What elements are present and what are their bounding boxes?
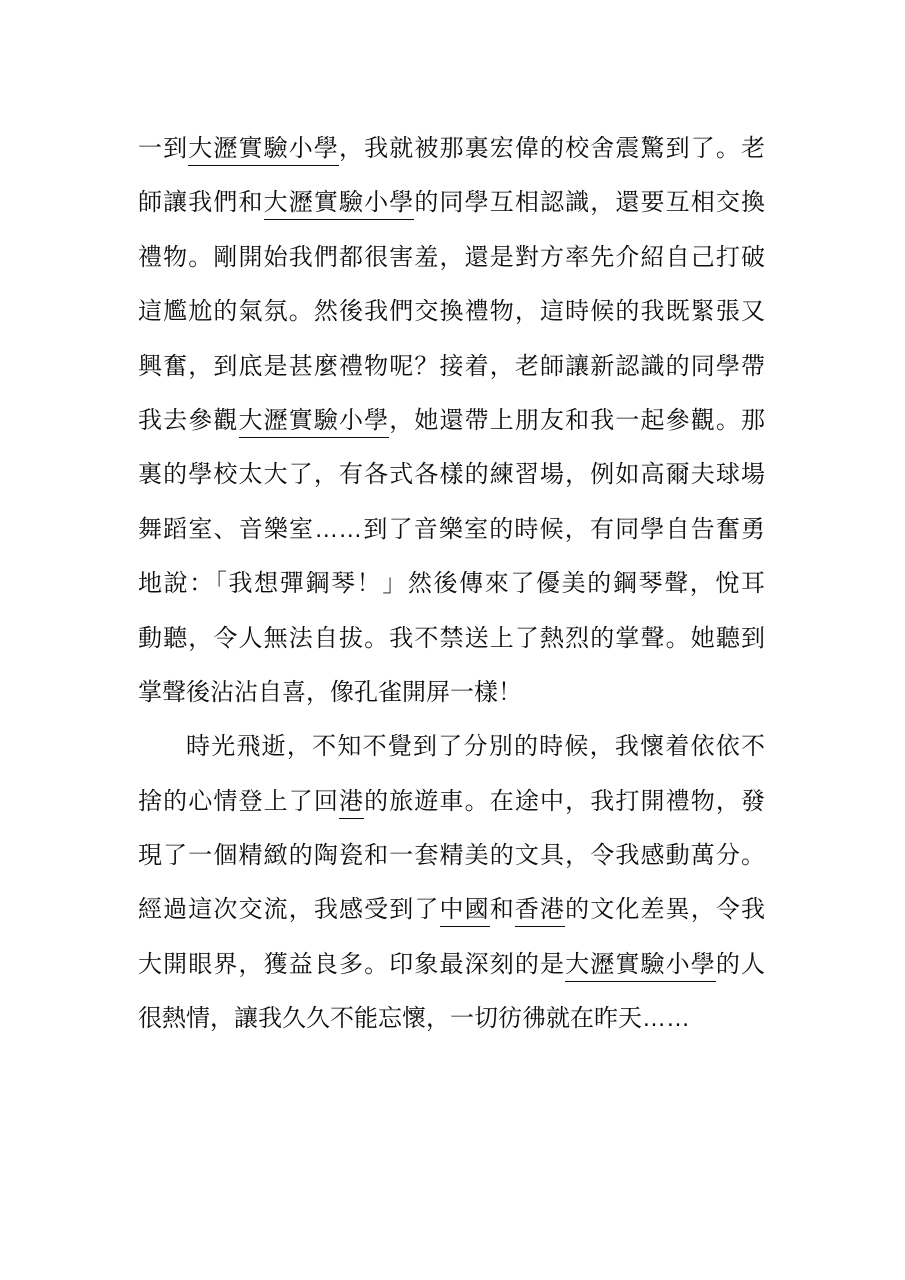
text-line: 掌聲後沾沾自喜，像孔雀開屏一樣！	[138, 666, 765, 720]
text-line: 師讓我們和大瀝實驗小學的同學互相認識，還要互相交換	[138, 176, 765, 230]
document-page: 一到大瀝實驗小學，我就被那裏宏偉的校舍震驚到了。老師讓我們和大瀝實驗小學的同學互…	[0, 0, 905, 1280]
text-segment: 一到	[138, 135, 188, 162]
text-segment: 裏的學校太大了，有各式各樣的練習場，例如高爾夫球場	[138, 461, 765, 488]
underlined-text: 大瀝實驗小學	[264, 189, 415, 220]
text-segment: 大開眼界，獲益良多。印象最深刻的是	[138, 951, 565, 978]
text-line: 經過這次交流，我感受到了中國和香港的文化差異，令我	[138, 883, 765, 937]
underlined-text: 大瀝實驗小學	[565, 951, 716, 982]
text-line: 興奮，到底是甚麼禮物呢？接着，老師讓新認識的同學帶	[138, 340, 765, 394]
underlined-text: 大瀝實驗小學	[239, 407, 390, 438]
text-segment: 很熱情，讓我久久不能忘懷，一切彷彿就在昨天……	[138, 1005, 690, 1032]
text-line: 時光飛逝，不知不覺到了分別的時候，我懷着依依不	[138, 720, 765, 774]
text-segment: 的同學互相認識，還要互相交換	[414, 189, 765, 216]
underlined-text: 大瀝實驗小學	[188, 135, 339, 166]
text-segment: 地說：「我想彈鋼琴！」然後傳來了優美的鋼琴聲，悅耳	[138, 570, 765, 597]
text-segment: 現了一個精緻的陶瓷和一套精美的文具，令我感動萬分。	[138, 842, 765, 869]
text-line: 很熱情，讓我久久不能忘懷，一切彷彿就在昨天……	[138, 992, 765, 1046]
text-line: 一到大瀝實驗小學，我就被那裏宏偉的校舍震驚到了。老	[138, 122, 765, 176]
text-line: 舞蹈室、音樂室……到了音樂室的時候，有同學自告奮勇	[138, 503, 765, 557]
text-line: 禮物。剛開始我們都很害羞，還是對方率先介紹自己打破	[138, 231, 765, 285]
text-segment: 舞蹈室、音樂室……到了音樂室的時候，有同學自告奮勇	[138, 516, 765, 543]
text-line: 現了一個精緻的陶瓷和一套精美的文具，令我感動萬分。	[138, 829, 765, 883]
text-line: 我去參觀大瀝實驗小學，她還帶上朋友和我一起參觀。那	[138, 394, 765, 448]
text-segment: 和	[490, 896, 515, 923]
text-segment: 興奮，到底是甚麼禮物呢？接着，老師讓新認識的同學帶	[138, 353, 765, 380]
text-segment: 動聽，令人無法自拔。我不禁送上了熱烈的掌聲。她聽到	[138, 625, 765, 652]
text-segment: 時光飛逝，不知不覺到了分別的時候，我懷着依依不	[186, 733, 765, 760]
underlined-text: 港	[339, 788, 364, 819]
text-segment: 禮物。剛開始我們都很害羞，還是對方率先介紹自己打破	[138, 244, 765, 271]
text-segment: 的人	[716, 951, 765, 978]
text-line: 動聽，令人無法自拔。我不禁送上了熱烈的掌聲。她聽到	[138, 612, 765, 666]
underlined-text: 中國	[440, 896, 490, 927]
text-segment: 這尷尬的氣氛。然後我們交換禮物，這時候的我既緊張又	[138, 298, 765, 325]
text-segment: 的文化差異，令我	[565, 896, 765, 923]
text-segment: 的旅遊車。在途中，我打開禮物，發	[364, 788, 765, 815]
text-segment: 掌聲後沾沾自喜，像孔雀開屏一樣！	[138, 679, 522, 706]
document-body: 一到大瀝實驗小學，我就被那裏宏偉的校舍震驚到了。老師讓我們和大瀝實驗小學的同學互…	[138, 122, 765, 1047]
text-line: 裏的學校太大了，有各式各樣的練習場，例如高爾夫球場	[138, 448, 765, 502]
text-segment: 經過這次交流，我感受到了	[138, 896, 440, 923]
text-segment: 師讓我們和	[138, 189, 264, 216]
text-segment: 我去參觀	[138, 407, 239, 434]
text-line: 這尷尬的氣氛。然後我們交換禮物，這時候的我既緊張又	[138, 285, 765, 339]
text-segment: ，她還帶上朋友和我一起參觀。那	[389, 407, 765, 434]
text-line: 捨的心情登上了回港的旅遊車。在途中，我打開禮物，發	[138, 775, 765, 829]
text-segment: 捨的心情登上了回	[138, 788, 339, 815]
underlined-text: 香港	[515, 896, 565, 927]
text-segment: ，我就被那裏宏偉的校舍震驚到了。老	[339, 135, 765, 162]
text-line: 大開眼界，獲益良多。印象最深刻的是大瀝實驗小學的人	[138, 938, 765, 992]
text-line: 地說：「我想彈鋼琴！」然後傳來了優美的鋼琴聲，悅耳	[138, 557, 765, 611]
